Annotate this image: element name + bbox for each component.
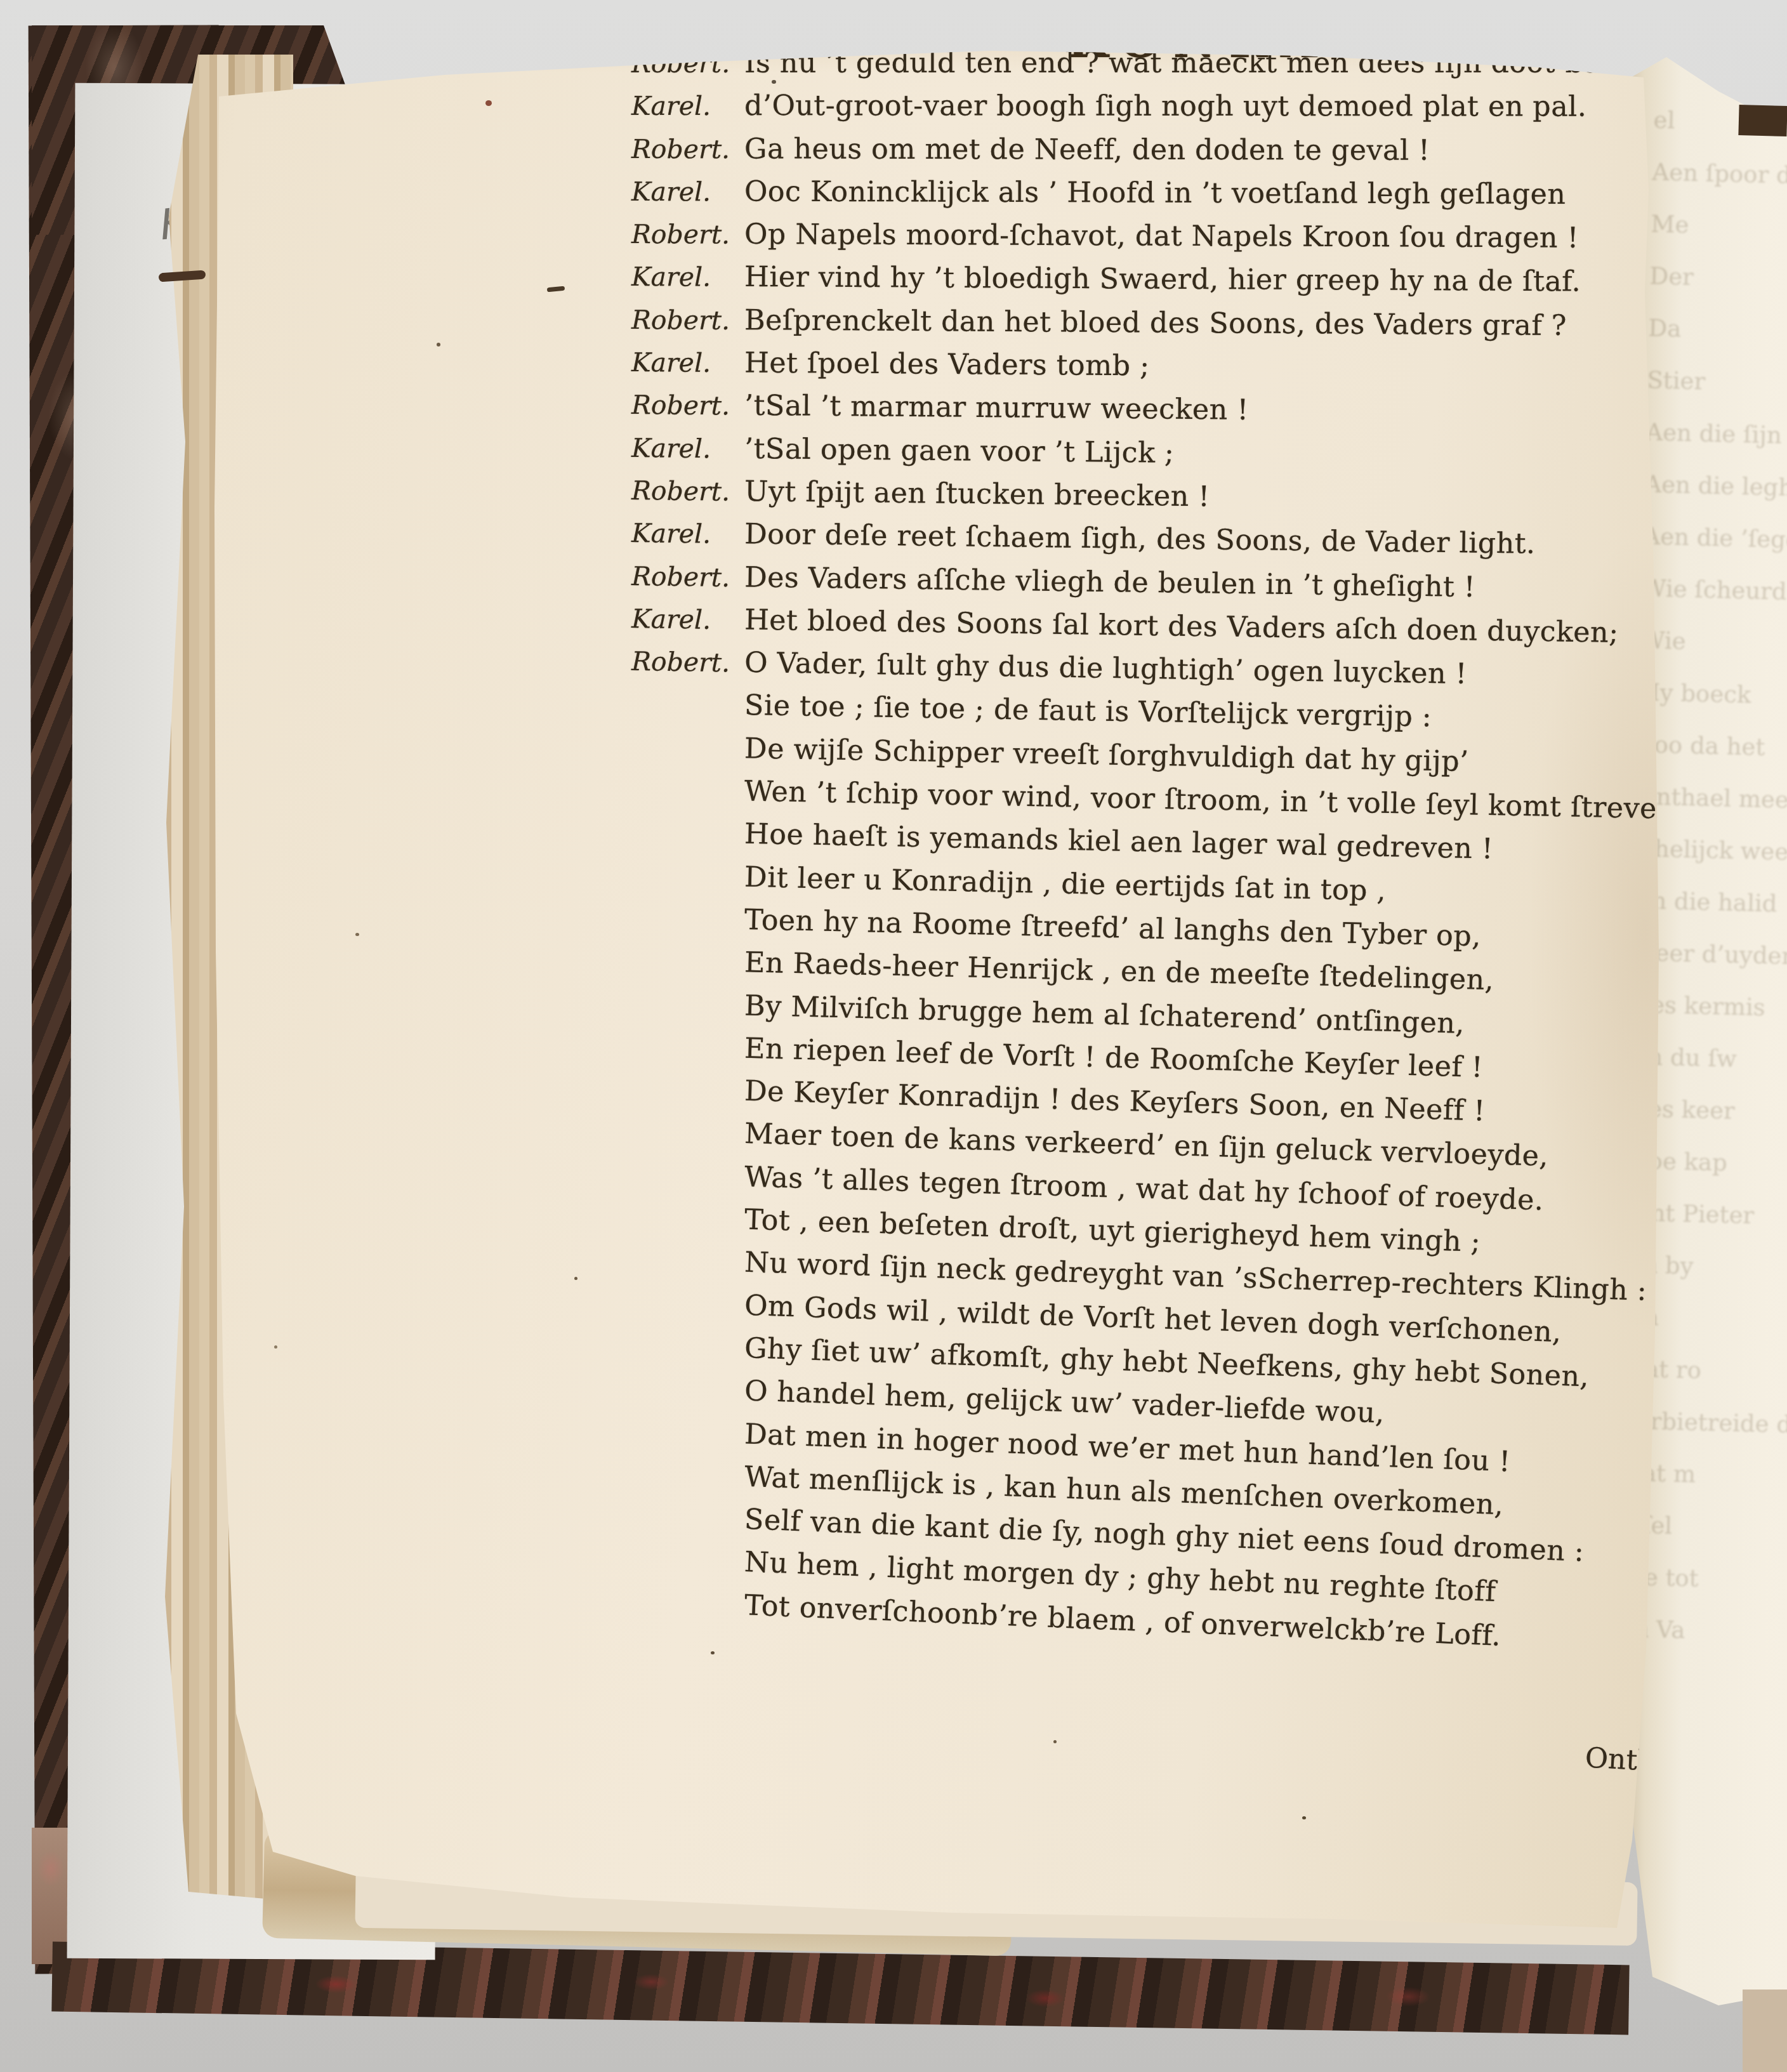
verse-text: Ooc Konincklijck als ’ Hoofd in ’t voetſ…	[744, 175, 1566, 210]
verse-line: Robert.Beſprenckelt dan het bloed des So…	[631, 303, 1672, 353]
speaker-label	[631, 969, 744, 972]
speaker-label	[631, 756, 744, 758]
table-edge	[1743, 1990, 1787, 2072]
margin-mark	[547, 286, 565, 293]
ghost-text-fragment: Der	[1649, 262, 1787, 318]
speaker-label	[631, 1225, 744, 1229]
verse-text: d’Out-groot-vaer boogh ſigh nogh uyt dem…	[744, 89, 1586, 123]
speaker-label	[631, 1268, 744, 1272]
speaker-label	[631, 884, 744, 887]
speaker-label: Karel.	[631, 604, 745, 636]
verse-line: Karel.d’Out-groot-vaer boogh ſigh nogh u…	[631, 89, 1672, 133]
verse-text: Ga heus om met de Neeff, den doden te ge…	[744, 133, 1430, 166]
speaker-label: Karel.	[631, 347, 744, 378]
verse-text: Beſprenckelt dan het bloed des Soons, de…	[744, 304, 1567, 342]
ghost-text-fragment: Wie	[1640, 626, 1787, 682]
verse-text: Het ſpoel des Vaders tomb ;	[744, 346, 1150, 382]
speaker-label: Robert.	[631, 219, 744, 250]
verse-text: ’tSal ’t marmar murruw weecken !	[744, 390, 1249, 426]
speaker-label	[631, 1396, 744, 1400]
verse-line: Karel.Ooc Konincklijck als ’ Hoofd in ’t…	[631, 175, 1672, 221]
ghost-text-fragment: Hy boeck	[1639, 678, 1787, 734]
verse-line: Robert.Ga heus om met de Neeff, den dode…	[631, 133, 1672, 178]
speaker-label: Karel.	[631, 91, 744, 121]
speaker-label	[631, 1140, 744, 1143]
verse-block: Robert.Is nu ’t geduld ten end ? wat mae…	[631, 47, 1672, 1627]
speaker-label: Robert.	[631, 561, 745, 593]
cover-edge-bar	[1738, 105, 1787, 136]
photo-stage: Kw elAen ſpoor deMeDerDaStierAen die ſij…	[0, 0, 1787, 2072]
speaker-label	[631, 1524, 744, 1529]
speaker-label	[631, 713, 744, 715]
verse-text: Hier vind hy ’t bloedigh Swaerd, hier gr…	[744, 261, 1581, 298]
speaker-label	[631, 1097, 744, 1100]
verse-line: Robert.Is nu ’t geduld ten end ? wat mae…	[631, 47, 1672, 89]
ghost-text-fragment: Stier	[1646, 366, 1787, 422]
speaker-label: Robert.	[631, 48, 744, 79]
ghost-text-fragment: Soo da het	[1637, 730, 1787, 786]
speaker-label: Karel.	[631, 518, 745, 550]
speaker-label	[631, 1055, 744, 1058]
speaker-label: Robert.	[631, 390, 744, 421]
verse-text: Is nu ’t geduld ten end ? wat maeckt men…	[744, 47, 1652, 79]
speaker-label	[631, 798, 744, 800]
speaker-label	[631, 1183, 744, 1186]
paper-speck	[1302, 1816, 1306, 1819]
verse-text: Uyt ſpijt aen ſtucken breecken !	[744, 475, 1210, 513]
verse-text: Op Napels moord-ſchavot, dat Napels Kroo…	[744, 218, 1579, 254]
speaker-label: Karel.	[631, 433, 744, 465]
speaker-label	[631, 927, 744, 929]
book-page: KONRADYN Robert.Is nu ’t geduld ten end …	[0, 0, 1787, 2072]
paper-speck	[437, 343, 440, 346]
speaker-label	[631, 1567, 744, 1571]
speaker-label: Robert.	[631, 646, 745, 678]
speaker-label	[631, 1311, 744, 1315]
paper-speck	[1053, 1740, 1057, 1743]
speaker-label: Robert.	[631, 305, 744, 336]
speaker-label	[631, 1439, 744, 1442]
ghost-text-fragment: Wie ſcheurd , als hy , het K	[1641, 574, 1787, 630]
paper-speck	[485, 100, 492, 106]
verse-line: Robert.Op Napels moord-ſchavot, dat Nape…	[631, 218, 1672, 265]
speaker-label	[631, 1012, 744, 1015]
ghost-text-fragment: Aen die ſijn Koning be-reghe, w	[1645, 418, 1787, 474]
paper-speck	[355, 933, 359, 936]
speaker-label: Karel.	[631, 261, 744, 293]
verse-line: Karel.Hier vind hy ’t bloedigh Swaerd, h…	[631, 260, 1672, 309]
speaker-label	[631, 1354, 744, 1357]
paper-speck	[772, 80, 776, 84]
ghost-text-fragment: Da	[1647, 314, 1787, 370]
ghost-text-fragment: Aen die ’ſegel heurde Ruijck w	[1642, 522, 1787, 578]
speaker-label: Karel.	[631, 176, 744, 208]
speaker-label	[631, 1610, 744, 1614]
ghost-text-fragment: Me	[1650, 210, 1787, 266]
verse-text: ’tSal open gaen voor ’t Lijck ;	[744, 432, 1175, 469]
speaker-label	[631, 841, 744, 843]
paper-speck	[711, 1651, 715, 1654]
paper-speck	[274, 1345, 277, 1349]
speaker-label: Robert.	[631, 475, 745, 507]
paper-speck	[574, 1277, 577, 1280]
ghost-text-fragment: Aen die legh eeuwd als hoofd	[1644, 470, 1787, 526]
ghost-text-fragment: Aen ſpoor de	[1651, 158, 1787, 214]
ghost-text-fragment: Onthael mee	[1636, 782, 1787, 838]
speaker-label: Robert.	[631, 134, 744, 164]
speaker-label	[631, 1482, 744, 1486]
